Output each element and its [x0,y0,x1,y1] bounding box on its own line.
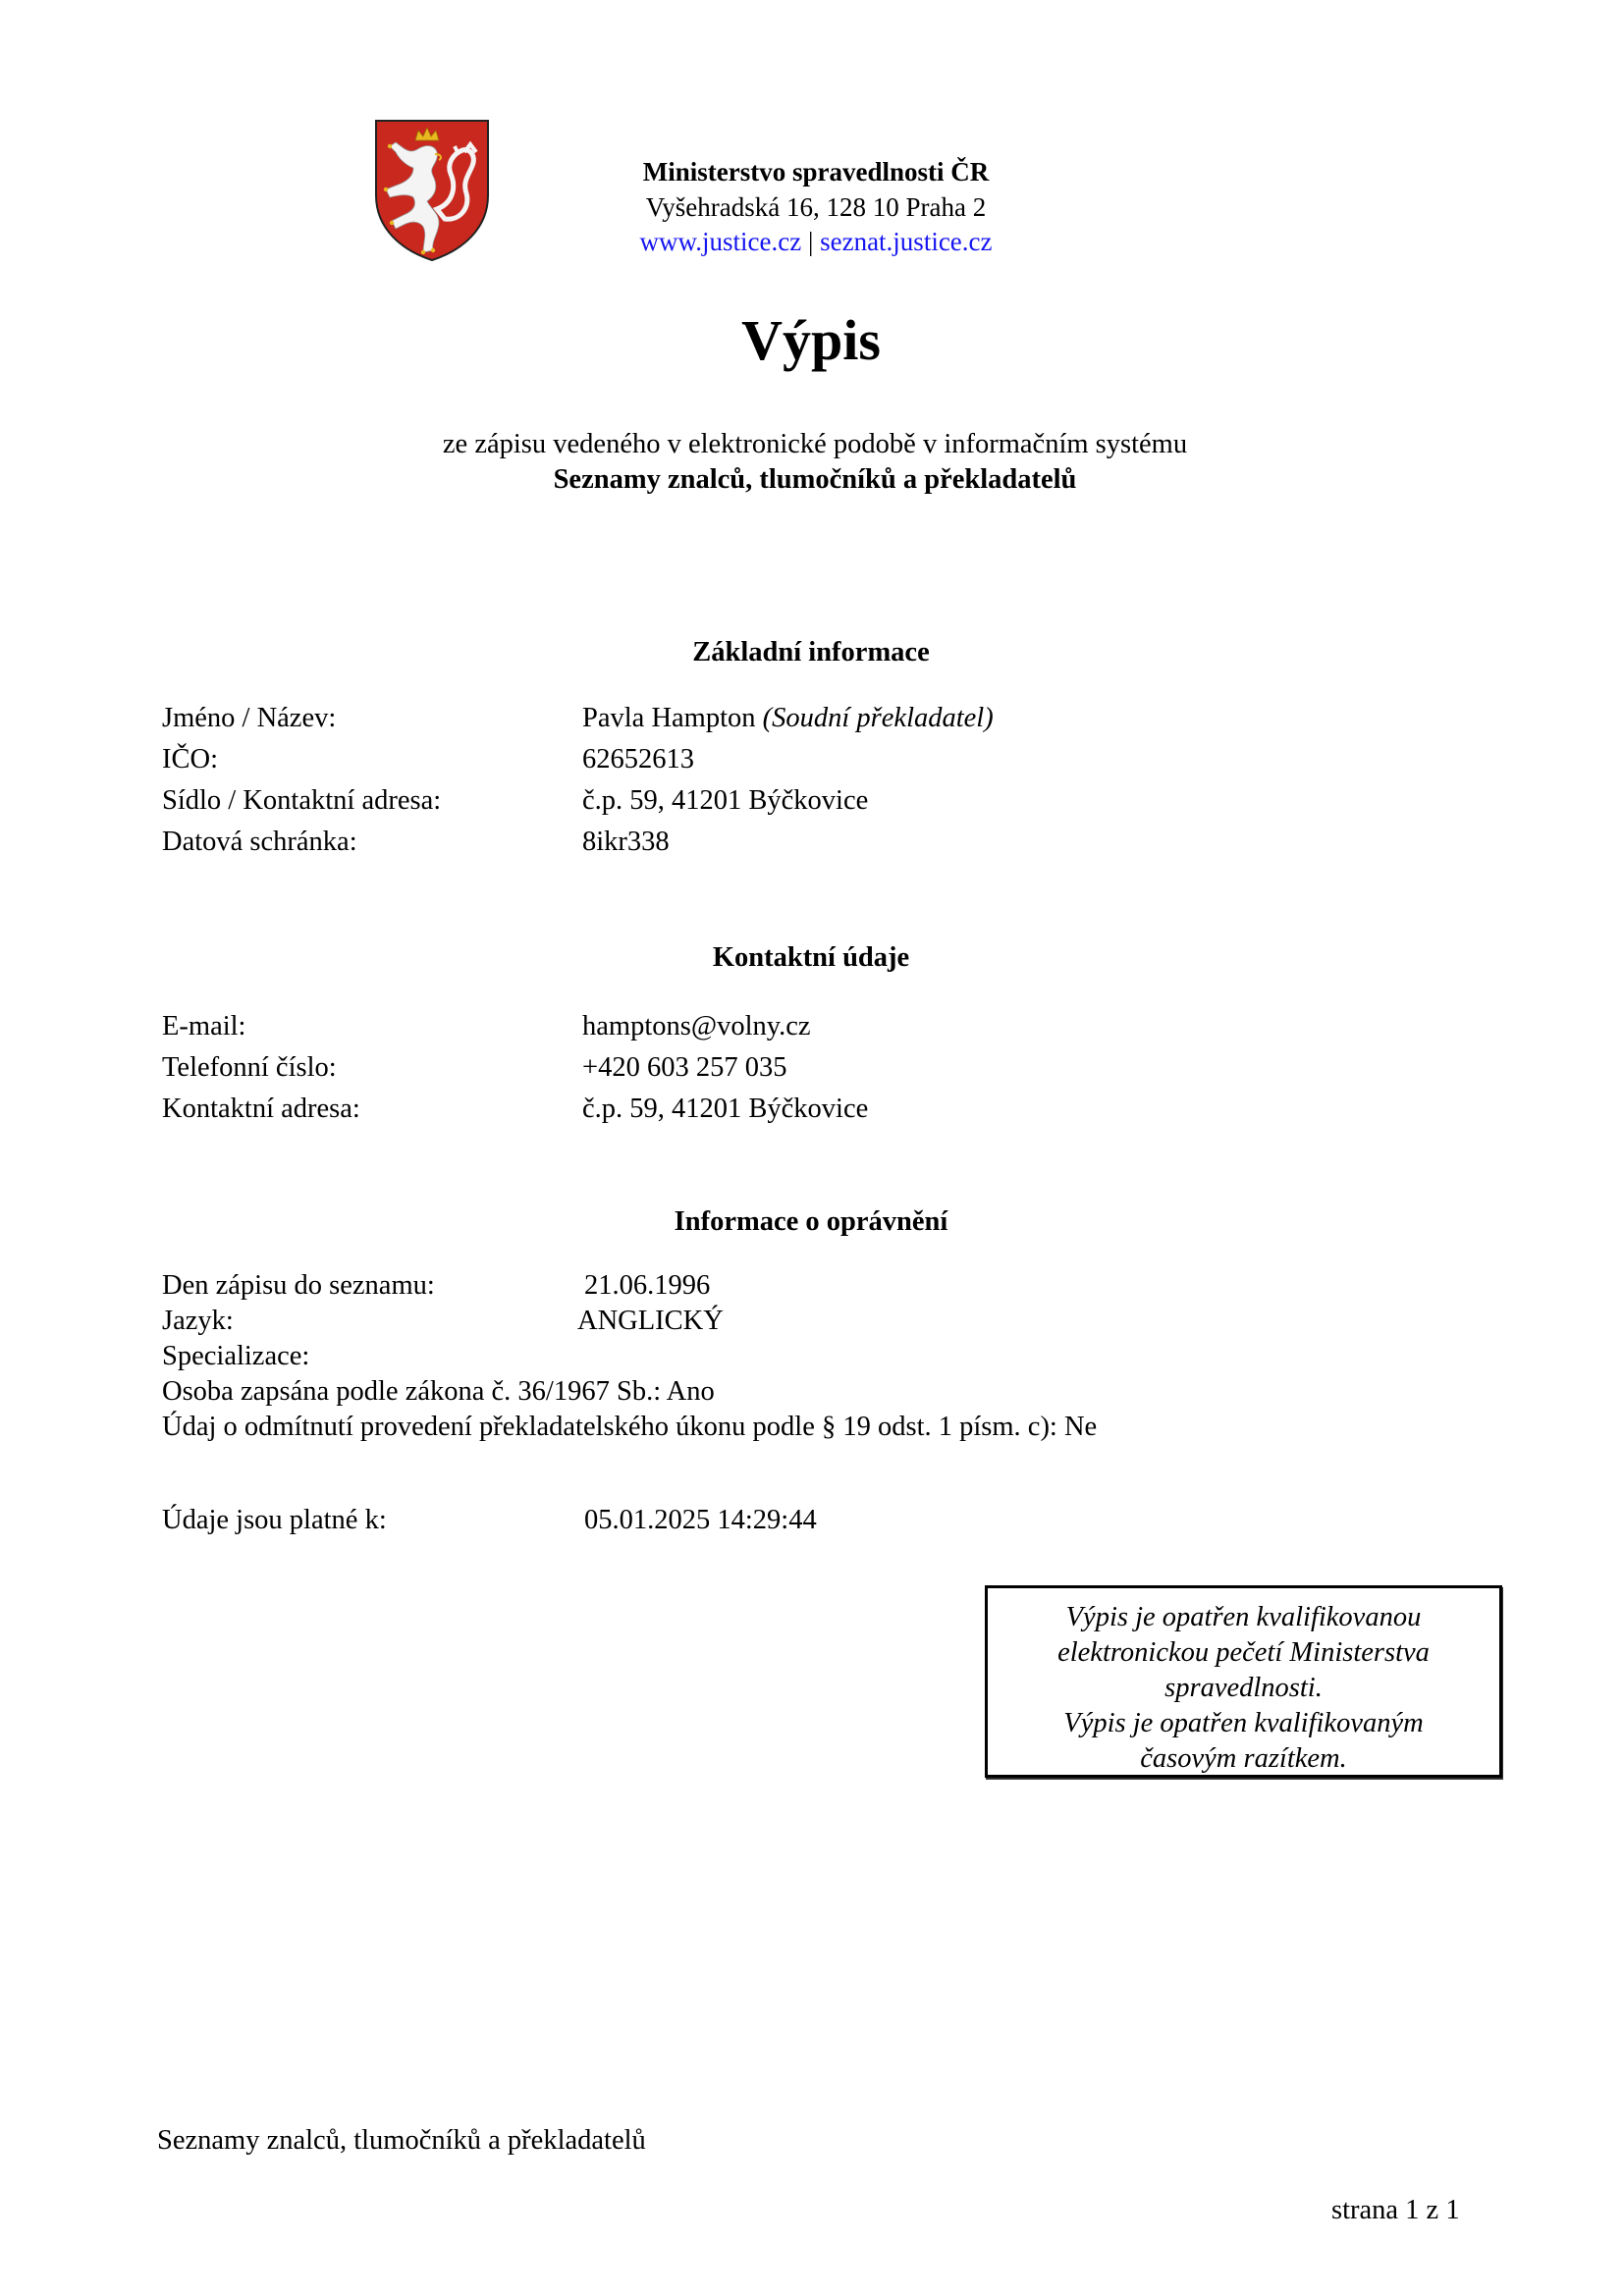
seal-notice-line: Výpis je opatřen kvalifikovaným [988,1706,1499,1741]
email-value: hamptons@volny.cz [582,1013,811,1041]
name-value: Pavla Hampton (Soudní překladatel) [582,705,994,733]
document-title: Výpis [741,312,881,369]
czech-coat-of-arms-icon [374,119,490,262]
link-separator: | [808,227,813,256]
validity-timestamp: 05.01.2025 14:29:44 [584,1507,817,1535]
role-note: (Soudní překladatel) [763,703,994,733]
seal-notice-line: časovým razítkem. [988,1741,1499,1777]
validity-label: Údaje jsou platné k: [162,1507,387,1535]
phone-label: Telefonní číslo: [162,1054,337,1083]
section-heading-authorization: Informace o oprávnění [675,1208,948,1237]
registration-date-label: Den zápisu do seznamu: [162,1272,435,1301]
refusal-info-line: Údaj o odmítnutí provedení překladatelsk… [162,1414,1097,1442]
seat-address-label: Sídlo / Kontaktní adresa: [162,787,441,816]
register-name: Seznamy znalců, tlumočníků a překladatel… [554,466,1077,495]
seal-notice-line: spravedlnosti. [988,1671,1499,1706]
data-box-value: 8ikr338 [582,828,670,857]
language-value: ANGLICKÝ [577,1308,724,1336]
law-registration-line: Osoba zapsána podle zákona č. 36/1967 Sb… [162,1378,715,1407]
section-heading-contact: Kontaktní údaje [713,944,909,973]
ico-label: IČO: [162,746,218,774]
seal-notice-line: elektronickou pečetí Ministerstva [988,1635,1499,1671]
name-label: Jméno / Název: [162,705,336,733]
email-label: E-mail: [162,1013,245,1041]
phone-value: +420 603 257 035 [582,1054,786,1083]
seal-notice-line: Výpis je opatřen kvalifikovanou [988,1600,1499,1635]
page-number: strana 1 z 1 [1331,2197,1460,2225]
registration-date-value: 21.06.1996 [584,1272,710,1301]
seznat-link[interactable]: seznat.justice.cz [820,227,992,256]
section-heading-basic-info: Základní informace [692,639,929,667]
name-text: Pavla Hampton [582,703,756,733]
document-subtitle: ze zápisu vedeného v elektronické podobě… [443,431,1187,459]
organization-address: Vyšehradská 16, 128 10 Praha 2 [646,194,986,221]
footer-system-name: Seznamy znalců, tlumočníků a překladatel… [157,2127,646,2156]
contact-address-label: Kontaktní adresa: [162,1095,360,1124]
ico-value: 62652613 [582,746,694,774]
justice-link[interactable]: www.justice.cz [639,227,801,256]
language-label: Jazyk: [162,1308,234,1336]
electronic-seal-notice: Výpis je opatřen kvalifikovanou elektron… [985,1585,1502,1778]
specialization-label: Specializace: [162,1343,309,1371]
data-box-label: Datová schránka: [162,828,357,857]
contact-address-value: č.p. 59, 41201 Býčkovice [582,1095,868,1124]
organization-name: Ministerstvo spravedlnosti ČR [643,159,990,186]
header-links: www.justice.cz | seznat.justice.cz [639,229,992,255]
seat-address-value: č.p. 59, 41201 Býčkovice [582,787,868,816]
